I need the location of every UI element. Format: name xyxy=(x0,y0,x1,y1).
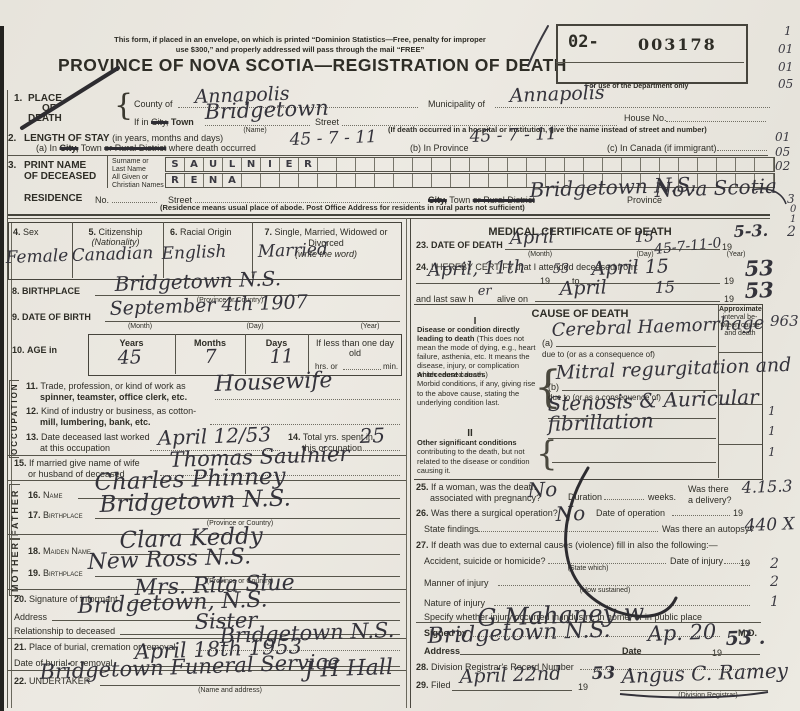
field3-number: 3. xyxy=(8,160,16,172)
field3-label1: PRINT NAME xyxy=(24,160,86,172)
death-registration-form: This form, if placed in an envelope, on … xyxy=(0,0,800,711)
field6-label-text: Racial Origin xyxy=(180,227,232,237)
medical-certificate-header: MEDICAL CERTIFICATE OF DEATH xyxy=(430,226,730,239)
field21-number: 21. xyxy=(14,642,27,652)
letter-cell xyxy=(337,158,356,171)
field4-value: Female xyxy=(5,246,68,268)
field25-delivery-1: Was there xyxy=(688,484,729,494)
field3-surname-label-1: Surname or xyxy=(112,158,149,165)
field15-label-1: If married give name of wife xyxy=(29,458,140,468)
field29-sig-line xyxy=(620,690,768,691)
letter-cell xyxy=(565,158,584,171)
field2c-line xyxy=(717,150,767,151)
cause-other-desc: Other significant conditionscontributing… xyxy=(417,438,539,476)
field16-label: 16. Name xyxy=(28,490,63,500)
field26-op-line xyxy=(672,515,730,516)
letter-cell: U xyxy=(204,158,223,171)
field29-year: 53 xyxy=(591,663,615,684)
signed-address-line xyxy=(460,654,760,655)
field17-label-text: Birthplace xyxy=(43,510,83,520)
field27-manner-label: Manner of injury xyxy=(424,578,489,588)
cause-antecedent-desc: Antecedent causesMorbid conditions, if a… xyxy=(417,370,539,408)
field29-19: 19 xyxy=(578,682,588,692)
cause-a-line xyxy=(556,346,716,347)
field14-number: 14. xyxy=(288,432,301,442)
father-vertical-label: FATHER xyxy=(9,484,20,540)
letter-cell xyxy=(451,174,470,187)
field10-label: 10. AGE in xyxy=(12,345,57,355)
field14-line xyxy=(358,450,400,451)
field10-days-value: 11 xyxy=(269,345,294,368)
field27-label-text: If death was due to external causes (vio… xyxy=(431,540,718,550)
field9-label-text: DATE OF BIRTH xyxy=(22,312,91,322)
field6-number: 6. xyxy=(170,227,178,237)
registration-prefix: 02- xyxy=(568,33,599,53)
field14-value: 25 xyxy=(359,423,385,448)
field24-last-label2: alive on xyxy=(497,294,528,304)
letter-cell: I xyxy=(261,158,280,171)
field1-brace: { xyxy=(114,88,133,123)
field17-line xyxy=(95,518,400,519)
field9-year-sub: (Year) xyxy=(345,323,395,331)
field3-label2: OF DECEASED xyxy=(24,171,96,183)
field1-ifin-label: If in City, Town xyxy=(134,117,194,127)
residence-town-label: Town xyxy=(449,195,470,205)
field23-day-value: 15 xyxy=(634,227,654,246)
field1-town-value: Bridgetown xyxy=(204,96,329,124)
cause-due1: due to (or as a consequence of) xyxy=(542,350,655,359)
field18-label-text: Maiden Name xyxy=(43,546,91,556)
letter-cell xyxy=(318,174,337,187)
field27-accident-line xyxy=(548,563,666,564)
field26-value: No xyxy=(555,501,585,526)
field16-label-text: Name xyxy=(43,490,63,500)
field2a-pre: (a) In xyxy=(36,143,57,153)
field23-year-value: 5-3. xyxy=(733,221,768,241)
signed-date-year: 53 . xyxy=(725,627,765,650)
letter-cell: A xyxy=(223,174,242,187)
residence-rural-struck: or Rural District xyxy=(473,195,535,205)
field25-number: 25. xyxy=(416,482,429,492)
margin-mark-b2: 2 xyxy=(770,574,779,590)
field10-min: min. xyxy=(383,362,398,371)
field2c-label: (c) In Canada (if immigrant) xyxy=(607,143,717,153)
field7-label-1: Single, Married, xyxy=(274,227,337,237)
field3-top-line xyxy=(8,155,768,156)
field25-value: No xyxy=(527,477,557,502)
field29-label-text: Filed xyxy=(431,680,451,690)
field8-value: Bridgetown N.S. xyxy=(114,266,281,296)
field5-value: Canadian xyxy=(71,243,153,266)
field24-last-er: er xyxy=(477,284,491,299)
margin-mark-m3: 02 xyxy=(775,159,790,173)
cause-other-brace: { xyxy=(536,434,558,474)
field12-number: 12. xyxy=(26,406,39,416)
field24-from-year: 53 xyxy=(552,261,569,277)
field5-number: 5. xyxy=(88,227,96,237)
form-left-border-outer xyxy=(7,90,8,708)
field25-delivery-label: Was therea delivery? xyxy=(688,484,732,507)
letter-cell xyxy=(394,158,413,171)
residence-citytown: City, Town or Rural District xyxy=(428,195,535,205)
registration-number: 003178 xyxy=(638,36,717,54)
letter-cell xyxy=(736,158,755,171)
scan-edge-bar xyxy=(0,26,4,711)
field24-19a: 19 xyxy=(540,276,550,286)
field12-label-2: mill, lumbering, bank, etc. xyxy=(40,417,151,427)
field3-given-label-1: All Given or xyxy=(112,174,148,181)
field10-label-text: AGE in xyxy=(27,345,57,355)
field27-label: 27. If death was due to external causes … xyxy=(416,540,718,550)
residence-province-value: Nova Scotia xyxy=(654,174,777,202)
field3-given-label-2: Christian Names xyxy=(112,182,164,189)
field23-label: 23. DATE OF DEATH xyxy=(416,240,503,250)
signed-address-value: Bridgetown N.S. xyxy=(427,618,611,649)
letter-cell xyxy=(432,174,451,187)
residence-no-label: No. xyxy=(95,195,109,205)
column-divider xyxy=(410,218,411,708)
margin-mark-963: 963 xyxy=(770,312,799,330)
field2a-value: 45 - 7 - 11 xyxy=(289,127,377,150)
field18-number: 18. xyxy=(28,546,41,556)
field22-value2: J H Hall xyxy=(304,655,393,683)
field9-number: 9. xyxy=(12,312,20,322)
field25-margin-value: 4.15.3 xyxy=(741,476,793,497)
letter-cell xyxy=(546,158,565,171)
field6-label: 6. Racial Origin xyxy=(170,227,232,237)
field19-label-text: Birthplace xyxy=(43,568,83,578)
section-divider-top xyxy=(8,214,770,216)
letter-cell: L xyxy=(223,158,242,171)
field10-months-value: 7 xyxy=(204,346,217,368)
field17-value: Bridgetown N.S. xyxy=(99,485,291,518)
field26-margin-value: 440 X xyxy=(744,514,795,536)
margin-mark-t1: 1 xyxy=(784,24,792,38)
field1-street-label: Street xyxy=(315,117,339,127)
letter-cell xyxy=(717,158,736,171)
field24-19b: 19 xyxy=(724,276,734,286)
field3-surname-label: Surname orLast Name xyxy=(112,158,149,173)
margin-mark-s3: 1 xyxy=(790,214,796,225)
field1-municipality-line xyxy=(495,107,770,108)
field24-last-month: April xyxy=(559,276,607,300)
field2a-rural-struck: or Rural District xyxy=(104,143,166,153)
cause-b3-value: fibrillation xyxy=(547,408,654,436)
field22-number: 22. xyxy=(14,676,27,686)
letter-cell xyxy=(413,158,432,171)
letter-cell xyxy=(508,174,527,187)
letter-cell: E xyxy=(185,174,204,187)
occupation-vertical-label: OCCUPATION xyxy=(9,380,19,458)
field1-label-death: DEATH xyxy=(28,113,62,125)
field24-last-day: 15 xyxy=(654,277,675,297)
margin-mark-t4: 05 xyxy=(778,77,793,91)
field20-address-label: Address xyxy=(14,612,47,622)
letter-cell xyxy=(698,158,717,171)
field11-label-2: spinner, teamster, office clerk, etc. xyxy=(40,392,187,402)
field11-number: 11. xyxy=(26,381,38,391)
field2-label-paren: (in years, months and days) xyxy=(112,133,223,143)
letter-cell xyxy=(641,158,660,171)
field2-number: 2. xyxy=(8,133,16,145)
margin-mark-v2: 1 xyxy=(768,424,776,438)
letter-cell: S xyxy=(166,158,185,171)
field1-name-sub: (Name) xyxy=(225,127,285,135)
field27-nature-label: Nature of injury xyxy=(424,598,485,608)
margin-mark-v3: 1 xyxy=(768,445,776,459)
field24-last-line xyxy=(535,301,720,302)
field27-statewhich-sub: (State which) xyxy=(548,565,628,573)
letter-cell: N xyxy=(242,158,261,171)
margin-mark-t3: 01 xyxy=(778,60,793,74)
field26-autopsy-label: Was there an autopsy? xyxy=(662,524,754,534)
residence-city-struck: City, xyxy=(428,195,447,205)
field28-number: 28. xyxy=(416,662,429,672)
field17-label: 17. Birthplace xyxy=(28,510,83,520)
field23-number: 23. xyxy=(416,240,429,250)
field1-municipality-label: Municipality of xyxy=(428,99,485,109)
field10-hrs-line xyxy=(343,369,381,370)
cause-antecedent-2: Morbid conditions, if any, giving xyxy=(417,379,521,388)
margin-mark-m2: 05 xyxy=(775,145,790,159)
field25-label-1: If a woman, was the death xyxy=(431,482,536,492)
letter-cell xyxy=(318,158,337,171)
residence-no-line xyxy=(112,202,157,203)
letter-cell xyxy=(375,158,394,171)
field17-number: 17. xyxy=(28,510,41,520)
field1-number: 1. xyxy=(14,93,22,105)
field13-label-2: at this occupation xyxy=(40,443,110,453)
field29-label: 29. Filed xyxy=(416,680,451,690)
interval-row3 xyxy=(718,444,762,445)
field24-from-value: April, 11th xyxy=(427,257,526,281)
letter-cell xyxy=(261,174,280,187)
field2a-label: (a) In City, Town or Rural District wher… xyxy=(36,143,256,153)
letter-cell: A xyxy=(185,158,204,171)
field3-surname-grid: SAULNIER xyxy=(165,157,775,172)
residence-label: RESIDENCE xyxy=(24,193,82,205)
field25-label: 25. If a woman, was the deathassociated … xyxy=(416,482,541,505)
letter-cell xyxy=(489,158,508,171)
interval-row1 xyxy=(718,352,762,353)
letter-cell xyxy=(432,158,451,171)
field8-label-text: BIRTHPLACE xyxy=(22,286,80,296)
field26-number: 26. xyxy=(416,508,429,518)
field29-number: 29. xyxy=(416,680,429,690)
field29-registrar-sub: (Division Registrar) xyxy=(648,692,768,700)
letter-cell xyxy=(622,158,641,171)
field22-line xyxy=(100,685,400,686)
cause-other-title: Other significant conditions xyxy=(417,438,517,447)
field11-line xyxy=(215,399,400,400)
field26-findings-label: State findings xyxy=(424,524,479,534)
field8-number: 8. xyxy=(12,286,20,296)
field4-label-text: Sex xyxy=(23,227,39,237)
field7-number: 7. xyxy=(264,227,272,237)
letter-cell xyxy=(394,174,413,187)
letter-cell xyxy=(584,158,603,171)
cause-other-line xyxy=(552,462,716,463)
field2a-city-struck: City, xyxy=(60,143,79,153)
field9-label: 9. DATE OF BIRTH xyxy=(12,312,91,322)
margin-mark-t2: 01 xyxy=(778,42,793,56)
letter-cell xyxy=(356,158,375,171)
field12-label-1: Kind of industry or business, as cotton- xyxy=(41,406,196,416)
field27-manner-line xyxy=(498,585,750,586)
field11-value: Housewife xyxy=(214,368,333,397)
field20-relation-label: Relationship to deceased xyxy=(14,626,115,636)
field23-month-value: April xyxy=(509,226,554,249)
field25-label-2: associated with pregnancy? xyxy=(430,493,541,503)
field24-last-label1: and last saw h xyxy=(416,294,474,304)
field27-number: 27. xyxy=(416,540,429,550)
letter-cell: N xyxy=(204,174,223,187)
cause-other-2: contributing to the death, but not xyxy=(417,447,525,456)
margin-mark-b3: 1 xyxy=(770,594,779,610)
letter-cell xyxy=(375,174,394,187)
field26-label: 26. Was there a surgical operation? xyxy=(416,508,558,518)
letter-cell xyxy=(470,174,489,187)
letter-cell xyxy=(603,158,622,171)
cause-other-3: related to the disease or condition xyxy=(417,457,530,466)
field23-label-text: DATE OF DEATH xyxy=(431,240,503,250)
cause-antecedent-4: underlying condition last. xyxy=(417,398,500,407)
column-divider-inner xyxy=(406,218,407,708)
margin-mark-v1: 1 xyxy=(768,404,776,418)
letter-cell xyxy=(470,158,489,171)
letter-cell xyxy=(660,158,679,171)
field11-label: 11. Trade, profession, or kind of work a… xyxy=(26,381,187,404)
letter-cell xyxy=(679,158,698,171)
field29-registrar-signature: Angus C. Ramey xyxy=(621,658,788,688)
field26-op-label: Date of operation xyxy=(596,508,665,518)
letter-cell xyxy=(508,158,527,171)
field25-weeks-label: weeks. xyxy=(648,492,676,502)
field26-op-19: 19 xyxy=(733,508,743,518)
field13-label-1: Date deceased last worked xyxy=(41,432,150,442)
field1-town-label: Town xyxy=(171,117,194,127)
field24-last-year: 53 xyxy=(744,277,774,303)
cause-antecedent-title: Antecedent causes xyxy=(417,370,485,379)
margin-mark-23: 2 xyxy=(787,224,796,240)
letter-cell: R xyxy=(299,158,318,171)
field3-left-divider xyxy=(107,156,108,188)
field4-number: 4. xyxy=(13,227,21,237)
field10-less-label: If less than one day old xyxy=(310,338,400,359)
margin-mark-b1: 2 xyxy=(770,556,779,572)
field9-line xyxy=(105,321,400,322)
cause-other-4: causing it. xyxy=(417,466,451,475)
field19-label: 19. Birthplace xyxy=(28,568,83,578)
letter-cell xyxy=(242,174,261,187)
field1-town-line xyxy=(205,125,310,126)
field16-number: 16. xyxy=(28,490,41,500)
margin-mark-m1: 01 xyxy=(775,130,790,144)
field4-label: 4. Sex xyxy=(13,227,39,237)
field2b-label: (b) In Province xyxy=(410,143,469,153)
field26-label-text: Was there a surgical operation? xyxy=(431,508,558,518)
field18-label: 18. Maiden Name xyxy=(28,546,91,556)
field19-number: 19. xyxy=(28,568,41,578)
field1-houseno-line xyxy=(666,121,766,122)
field1-county-label: County of xyxy=(134,99,173,109)
field27-how-sub: (How sustained) xyxy=(560,587,650,595)
letter-cell xyxy=(413,174,432,187)
mail-notice-line1: This form, if placed in an envelope, on … xyxy=(70,36,530,45)
field27-injurydate-19: 19 xyxy=(740,558,750,568)
form-title: PROVINCE OF NOVA SCOTIA—REGISTRATION OF … xyxy=(58,55,567,75)
field7-value: Married xyxy=(257,240,328,262)
field29-date-line xyxy=(452,690,572,691)
field3-given-label: All Given orChristian Names xyxy=(112,174,164,189)
field1-municipality-value: Annapolis xyxy=(509,82,605,107)
field9-month-sub: (Month) xyxy=(110,323,170,331)
section-divider-bottom xyxy=(8,218,770,219)
field2a-town: Town xyxy=(81,143,102,153)
field15-number: 15. xyxy=(14,458,27,468)
letter-cell: R xyxy=(166,174,185,187)
field6-value: English xyxy=(161,242,226,264)
field3-surname-label-2: Last Name xyxy=(112,166,146,173)
field29-date-value: April 22nd xyxy=(459,662,561,688)
letter-cell xyxy=(451,158,470,171)
letter-cell xyxy=(299,174,318,187)
field13-label: 13. Date deceased last workedat this occ… xyxy=(26,432,150,455)
registration-number-box-line xyxy=(556,62,744,63)
field1-city-struck: City, xyxy=(151,117,168,127)
field26-findings-line xyxy=(478,531,658,532)
field20-number: 20. xyxy=(14,594,27,604)
field27-injurydate-label: Date of injury xyxy=(670,556,723,566)
field10-number: 10. xyxy=(12,345,25,355)
field22-sub: (Name and address) xyxy=(160,687,300,695)
signed-date-value: Ap. 20 xyxy=(647,620,716,646)
field22-value: Bridgetown Funeral Service xyxy=(39,650,340,684)
field9-day-sub: (Day) xyxy=(230,323,280,331)
field25-duration-line xyxy=(604,499,644,500)
field19-value: New Ross N.S. xyxy=(87,544,251,575)
field10-years-value: 45 xyxy=(117,346,142,369)
letter-cell xyxy=(755,158,774,171)
field25-delivery-2: a delivery? xyxy=(688,495,732,505)
field2b-value: 45 - 7 - 11 xyxy=(469,124,557,147)
field27-accident-label: Accident, suicide or homicide? xyxy=(424,556,546,566)
cause-b3-line xyxy=(548,438,716,439)
field2a-where: where death occurred xyxy=(169,143,256,153)
mail-notice-line2: use $300,” and properly addressed will p… xyxy=(70,46,530,55)
field5-label-text: Citizenship xyxy=(99,227,143,237)
letter-cell: E xyxy=(280,158,299,171)
letter-cell xyxy=(527,158,546,171)
field13-number: 13. xyxy=(26,432,39,442)
letter-cell xyxy=(356,174,375,187)
field11-label-1: Trade, profession, or kind of work as xyxy=(40,381,185,391)
field1-houseno-label: House No. xyxy=(624,113,667,123)
mother-vertical-label: MOTHER xyxy=(9,538,20,596)
letter-cell xyxy=(280,174,299,187)
field24-19c: 19 xyxy=(724,294,734,304)
letter-cell xyxy=(489,174,508,187)
letter-cell xyxy=(337,174,356,187)
field1-ifin-text: If in xyxy=(134,117,149,127)
field8-label: 8. BIRTHPLACE xyxy=(12,286,80,296)
